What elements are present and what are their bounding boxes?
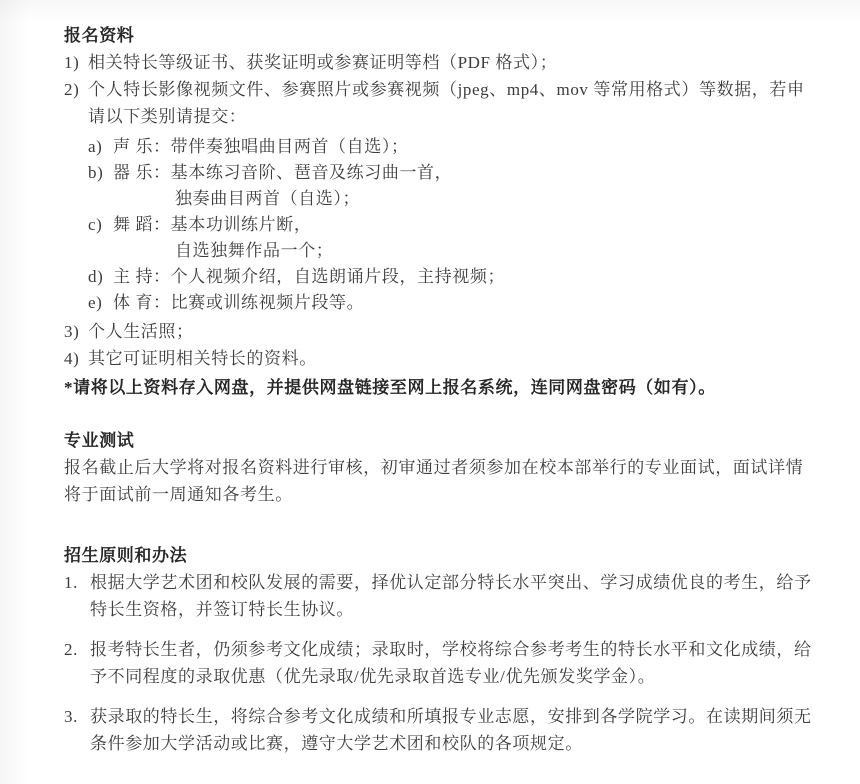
sublist-item-letter: e) xyxy=(88,290,113,316)
sublist-item-text: 器 乐：基本练习音阶、琶音及练习曲一首， xyxy=(113,160,832,186)
section-professional-test: 专业测试 报名截止后大学将对报名资料进行审核，初审通过者须参加在校本部举行的专业… xyxy=(64,427,832,508)
list-item-text: 请以下类别请提交： xyxy=(88,103,832,130)
principle-item-text: 报考特长生者，仍须参考文化成绩；录取时，学校将综合参考考生的特长水平和文化成绩，… xyxy=(90,636,832,663)
sublist-item-text: 主 持：个人视频介绍，自选朗诵片段，主持视频； xyxy=(113,264,832,290)
sublist-item-a: a) 声 乐：带伴奏独唱曲目两首（自选）； xyxy=(88,134,832,160)
principle-item-3: 3. 获录取的特长生，将综合参考文化成绩和所填报专业志愿，安排到各学院学习。在读… xyxy=(64,703,832,757)
list-item-4: 4) 其它可证明相关特长的资料。 xyxy=(64,345,832,372)
sublist-item-b: b) 器 乐：基本练习音阶、琶音及练习曲一首， 独奏曲目两首（自选）； xyxy=(88,160,832,212)
list-item-2: 2) 个人特长影像视频文件、参赛照片或参赛视频（jpeg、mp4、mov 等常用… xyxy=(64,76,832,130)
list-item-number: 3) xyxy=(64,318,88,345)
sublist-item-letter: a) xyxy=(88,134,113,160)
cloud-drive-note: *请将以上资料存入网盘，并提供网盘链接至网上报名系统，连同网盘密码（如有）。 xyxy=(64,374,832,401)
list-item-text: 个人生活照； xyxy=(88,318,832,345)
principle-item-text: 特长生资格，并签订特长生协议。 xyxy=(90,596,832,623)
list-item-number: 2) xyxy=(64,76,88,103)
principle-item-text: 予不同程度的录取优惠（优先录取/优先录取首选专业/优先颁发奖学金）。 xyxy=(90,663,832,690)
sublist-item-e: e) 体 育：比赛或训练视频片段等。 xyxy=(88,290,832,316)
section-heading-registration-materials: 报名资料 xyxy=(64,22,832,49)
section-admission-principles: 招生原则和办法 1. 根据大学艺术团和校队发展的需要，择优认定部分特长水平突出、… xyxy=(64,542,832,757)
principle-item-number: 1. xyxy=(64,569,90,596)
paragraph-text: 报名截止后大学将对报名资料进行审核，初审通过者须参加在校本部举行的专业面试，面试… xyxy=(64,454,832,481)
sublist-item-text: 舞 蹈：基本功训练片断， xyxy=(113,212,832,238)
principle-item-number: 2. xyxy=(64,636,90,663)
category-sublist: a) 声 乐：带伴奏独唱曲目两首（自选）； b) 器 乐：基本练习音阶、琶音及练… xyxy=(88,134,832,316)
list-item-number: 4) xyxy=(64,345,88,372)
sublist-item-letter: b) xyxy=(88,160,113,186)
principle-item-2: 2. 报考特长生者，仍须参考文化成绩；录取时，学校将综合参考考生的特长水平和文化… xyxy=(64,636,832,690)
section-heading-professional-test: 专业测试 xyxy=(64,427,832,454)
list-item-text: 其它可证明相关特长的资料。 xyxy=(88,345,832,372)
principle-item-text: 获录取的特长生，将综合参考文化成绩和所填报专业志愿，安排到各学院学习。在读期间须… xyxy=(90,703,832,730)
paragraph-text: 将于面试前一周通知各考生。 xyxy=(64,481,832,508)
principle-item-text: 条件参加大学活动或比赛，遵守大学艺术团和校队的各项规定。 xyxy=(90,730,832,757)
list-item-3: 3) 个人生活照； xyxy=(64,318,832,345)
list-item-number: 1) xyxy=(64,49,88,76)
section-heading-admission-principles: 招生原则和办法 xyxy=(64,542,832,569)
section-registration-materials: 报名资料 1) 相关特长等级证书、获奖证明或参赛证明等档（PDF 格式）； 2)… xyxy=(64,22,832,401)
sublist-item-letter: c) xyxy=(88,212,113,238)
list-item-text: 个人特长影像视频文件、参赛照片或参赛视频（jpeg、mp4、mov 等常用格式）… xyxy=(88,76,832,103)
sublist-item-text: 独奏曲目两首（自选）； xyxy=(113,186,832,212)
sublist-item-d: d) 主 持：个人视频介绍，自选朗诵片段，主持视频； xyxy=(88,264,832,290)
document-page: 报名资料 1) 相关特长等级证书、获奖证明或参赛证明等档（PDF 格式）； 2)… xyxy=(0,0,860,757)
sublist-item-letter: d) xyxy=(88,264,113,290)
list-item-text: 相关特长等级证书、获奖证明或参赛证明等档（PDF 格式）； xyxy=(88,49,832,76)
principle-item-number: 3. xyxy=(64,703,90,730)
list-item-1: 1) 相关特长等级证书、获奖证明或参赛证明等档（PDF 格式）； xyxy=(64,49,832,76)
sublist-item-c: c) 舞 蹈：基本功训练片断， 自选独舞作品一个； xyxy=(88,212,832,264)
sublist-item-text: 体 育：比赛或训练视频片段等。 xyxy=(113,290,832,316)
sublist-item-text: 自选独舞作品一个； xyxy=(113,238,832,264)
principle-item-text: 根据大学艺术团和校队发展的需要，择优认定部分特长水平突出、学习成绩优良的考生，给… xyxy=(90,569,832,596)
sublist-item-text: 声 乐：带伴奏独唱曲目两首（自选）； xyxy=(113,134,832,160)
principle-item-1: 1. 根据大学艺术团和校队发展的需要，择优认定部分特长水平突出、学习成绩优良的考… xyxy=(64,569,832,623)
